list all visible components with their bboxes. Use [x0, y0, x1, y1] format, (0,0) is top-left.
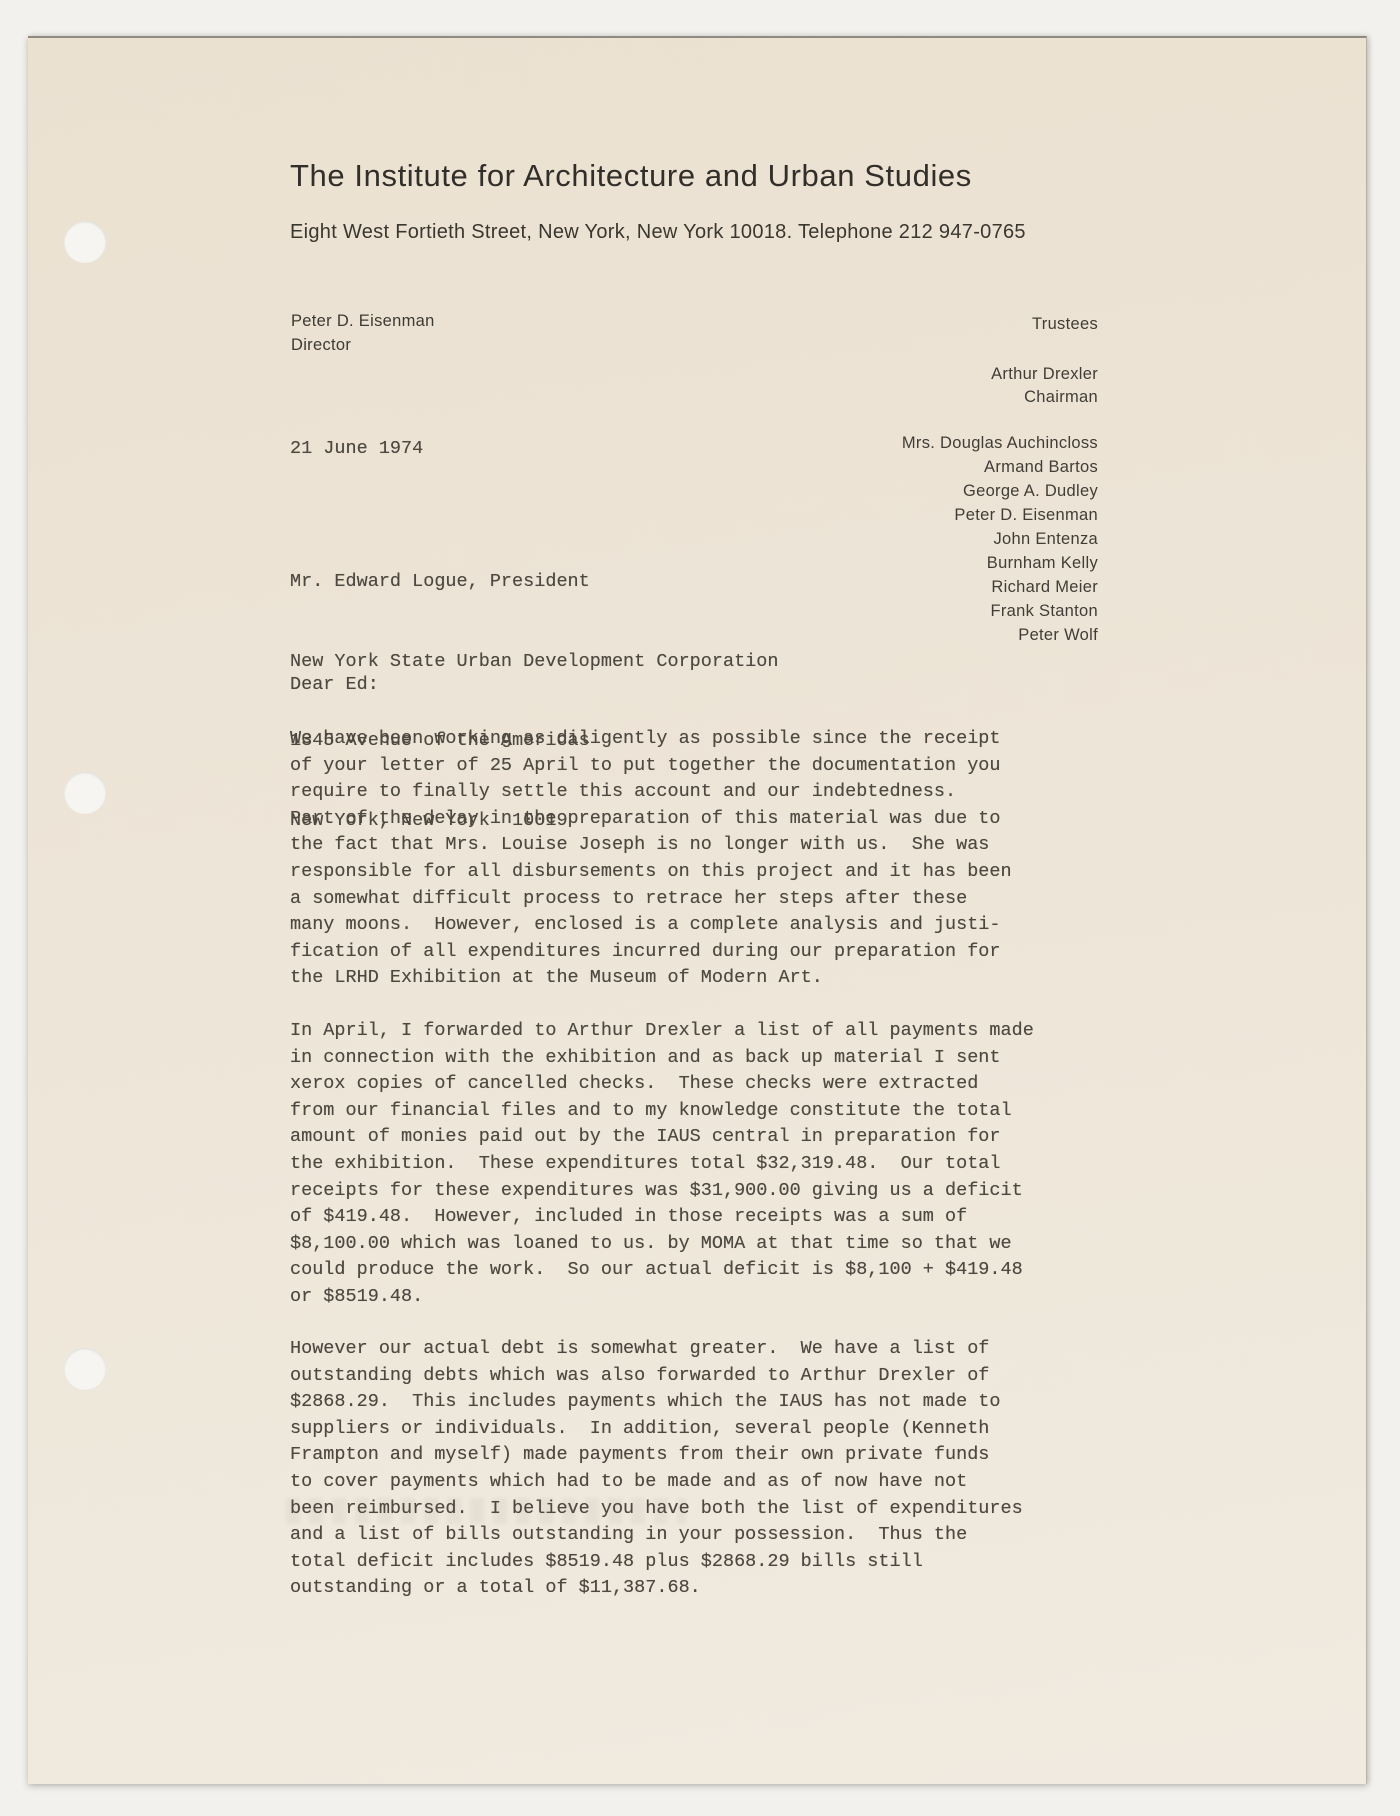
- letter-page: The Institute for Architecture and Urban…: [28, 36, 1367, 1784]
- letter-date: 21 June 1974: [290, 436, 423, 462]
- director-block: Peter D. Eisenman Director: [291, 309, 435, 357]
- chairman-name: Arthur Drexler: [698, 363, 1098, 385]
- recipient-line: Mr. Edward Logue, President: [290, 569, 778, 596]
- hole-punch-middle: [64, 772, 106, 814]
- trustees-heading: Trustees: [698, 313, 1098, 335]
- director-title: Director: [291, 333, 435, 357]
- salutation: Dear Ed:: [290, 672, 379, 698]
- letterhead-address: Eight West Fortieth Street, New York, Ne…: [290, 220, 1026, 244]
- letter-paragraph-2: In April, I forwarded to Arthur Drexler …: [290, 1018, 1034, 1311]
- trustee-name: George A. Dudley: [698, 479, 1098, 503]
- hole-punch-top: [64, 221, 106, 263]
- trustee-name: Mrs. Douglas Auchincloss: [698, 431, 1098, 455]
- director-name: Peter D. Eisenman: [291, 309, 435, 333]
- scan-background: The Institute for Architecture and Urban…: [0, 0, 1400, 1816]
- letterhead-org-name: The Institute for Architecture and Urban…: [290, 158, 972, 194]
- bleed-through-marks: [286, 1498, 686, 1524]
- hole-punch-bottom: [64, 1348, 106, 1390]
- letter-paragraph-1: We have been working as diligently as po…: [290, 726, 1012, 992]
- trustee-name: Armand Bartos: [698, 455, 1098, 479]
- letter-paragraph-3: However our actual debt is somewhat grea…: [290, 1336, 1023, 1602]
- chairman-title: Chairman: [698, 386, 1098, 408]
